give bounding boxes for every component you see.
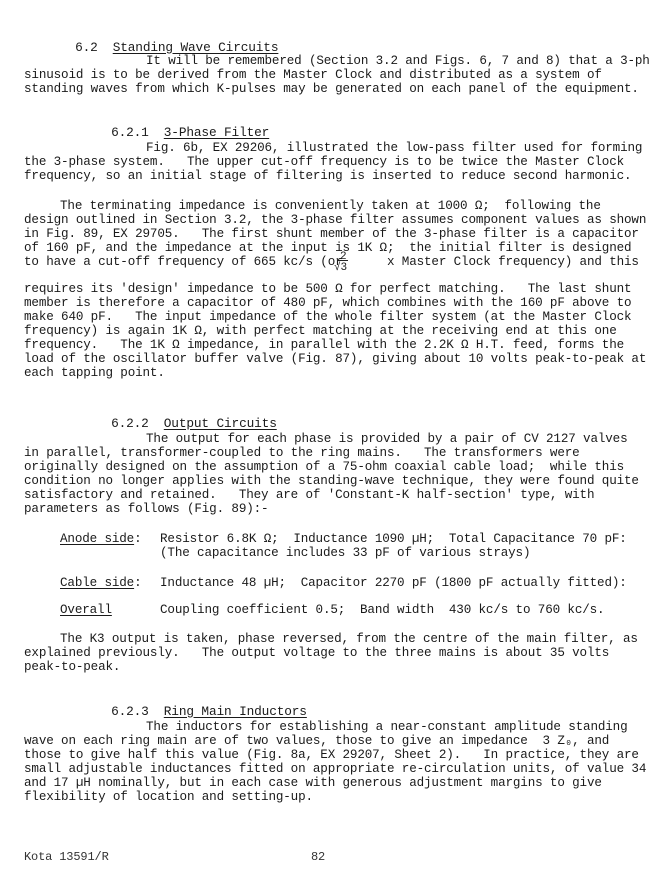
section-number: 6.2 [75,40,98,55]
text-line: in Fig. 89, EX 29705. The first shunt me… [24,227,639,242]
param-value: Inductance 48 µH; Capacitor 2270 pF (180… [160,576,627,591]
param-value: (The capacitance includes 33 pF of vario… [160,546,530,561]
text-line: the 3-phase system. The upper cut-off fr… [24,155,624,170]
text-line: The terminating impedance is convenientl… [60,199,601,214]
text-line: member is therefore a capacitor of 480 p… [24,296,631,311]
text-line: condition no longer applies with the sta… [24,474,639,489]
text-line: sinusoid is to be derived from the Maste… [24,68,602,83]
text-line: originally designed on the assumption of… [24,460,624,475]
text-line: explained previously. The output voltage… [24,646,609,661]
section-title: Ring Main Inductors [164,704,307,719]
text-line: wave on each ring main are of two values… [24,734,609,749]
section-number: 6.2.1 [111,125,149,140]
text-line: The inductors for establishing a near-co… [146,720,628,735]
text-line: design outlined in Section 3.2, the 3-ph… [24,213,646,228]
section-6-2-3-heading: 6.2.3 Ring Main Inductors [96,690,307,719]
section-number: 6.2.3 [111,704,149,719]
text-line: flexibility of location and setting-up. [24,790,313,805]
param-label: Anode side [60,532,134,546]
text-line: peak-to-peak. [24,660,120,675]
param-label: Cable side [60,576,134,590]
text-line: Fig. 6b, EX 29206, illustrated the low-p… [146,141,642,156]
text-line: It will be remembered (Section 3.2 and F… [146,54,650,69]
section-title: Output Circuits [164,416,277,431]
section-number: 6.2.2 [111,416,149,431]
text-line: standing waves from which K-pulses may b… [24,82,639,97]
text-line: satisfactory and retained. They are of '… [24,488,594,503]
fraction-denominator: √3 [334,263,347,274]
document-reference: Kota 13591/R [24,850,109,865]
param-value: Coupling coefficient 0.5; Band width 430… [160,603,604,618]
text-line: those to give half this value (Fig. 8a, … [24,748,639,763]
text-line: requires its 'design' impedance to be 50… [24,282,631,297]
text-line: of 160 pF, and the impedance at the inpu… [24,241,631,256]
text-line: The output for each phase is provided by… [146,432,628,447]
text-line: small adjustable inductances fitted on a… [24,762,646,777]
text-line: parameters as follows (Fig. 89):- [24,502,268,517]
text-line: load of the oscillator buffer valve (Fig… [24,352,646,367]
text-line: frequency) is again 1K Ω, with perfect m… [24,324,617,339]
text-line: frequency, so an initial stage of filter… [24,169,631,184]
text-line: in parallel, transformer-coupled to the … [24,446,580,461]
text-line: and 17 µH nominally, but in each case wi… [24,776,602,791]
section-title: 3-Phase Filter [164,125,269,140]
fraction-bar [338,260,348,261]
section-title: Standing Wave Circuits [113,40,279,55]
text-line: to have a cut-off frequency of 665 kc/s … [24,255,639,270]
text-line: each tapping point. [24,366,165,381]
section-6-2-2-heading: 6.2.2 Output Circuits [96,402,277,431]
text-line: frequency. The 1K Ω impedance, in parall… [24,338,624,353]
page-number: 82 [311,850,325,865]
param-value: Resistor 6.8K Ω; Inductance 1090 µH; Tot… [160,532,627,547]
section-6-2-1-heading: 6.2.1 3-Phase Filter [96,111,269,140]
text-line: The K3 output is taken, phase reversed, … [60,632,638,647]
text-line: make 640 pF. The input impedance of the … [24,310,631,325]
param-label: Overall [60,603,112,617]
section-6-2-heading: 6.2 Standing Wave Circuits [60,26,278,55]
